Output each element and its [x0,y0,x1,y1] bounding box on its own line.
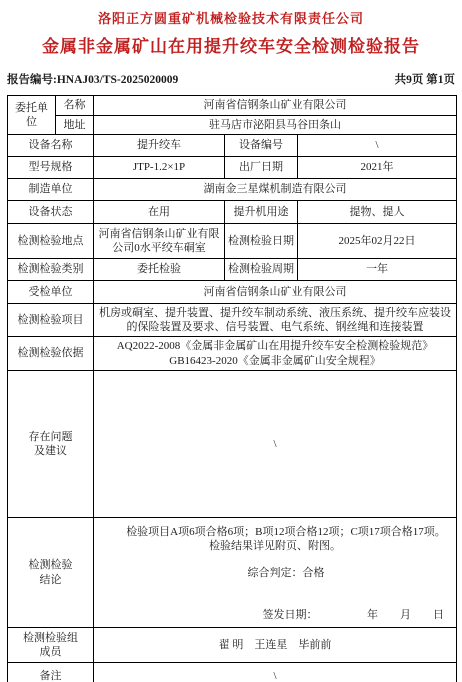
client-name-value: 河南省信钢条山矿业有限公司 [94,96,457,116]
cycle-value: 一年 [298,259,457,281]
inspect-date-label: 检测检验日期 [225,224,298,259]
manufacturer-value: 湖南金三星煤机制造有限公司 [94,179,457,201]
problems-label: 存在问题 及建议 [8,371,94,518]
report-meta-row: 报告编号:HNAJ03/TS-2025020009 共9页 第1页 [7,71,455,87]
manufacturer-label: 制造单位 [8,179,94,201]
client-name-label: 名称 [56,96,94,116]
category-label: 检测检验类别 [8,259,94,281]
model-label: 型号规格 [8,157,94,179]
company-title: 洛阳正方圆重矿机械检验技术有限责任公司 [0,0,462,27]
page-indicator: 共9页 第1页 [395,71,455,87]
hoist-use-label: 提升机用途 [225,201,298,224]
model-value: JTP-1.2×1P [94,157,225,179]
conclusion-verdict: 综合判定：合格 [124,566,448,580]
client-address-value: 驻马店市泌阳县马谷田条山 [94,116,457,135]
device-status-label: 设备状态 [8,201,94,224]
mfg-date-value: 2021年 [298,157,457,179]
inspected-unit-label: 受检单位 [8,281,94,304]
items-label: 检测检验项目 [8,304,94,337]
report-table: 委托单位 名称 河南省信钢条山矿业有限公司 地址 驻马店市泌阳县马谷田条山 设备… [7,95,457,682]
inspect-date-value: 2025年02月22日 [298,224,457,259]
client-unit-label: 委托单位 [8,96,56,135]
location-label: 检测检验地点 [8,224,94,259]
team-label: 检测检验组 成员 [8,628,94,663]
hoist-use-value: 提物、提人 [298,201,457,224]
problems-value: \ [94,371,457,518]
report-title: 金属非金属矿山在用提升绞车安全检测检验报告 [0,32,462,57]
device-no-label: 设备编号 [225,135,298,157]
device-name-label: 设备名称 [8,135,94,157]
conclusion-summary: 检验项目A项6项合格6项；B项12项合格12项；C项17项合格17项。检验结果详… [102,525,448,554]
report-page: 洛阳正方圆重矿机械检验技术有限责任公司 金属非金属矿山在用提升绞车安全检测检验报… [0,0,462,682]
conclusion-cell: 检验项目A项6项合格6项；B项12项合格12项；C项17项合格17项。检验结果详… [94,518,457,628]
basis-value: AQ2022-2008《金属非金属矿山在用提升绞车安全检测检验规范》 GB164… [94,337,457,371]
location-value: 河南省信钢条山矿业有限公司0水平绞车硐室 [94,224,225,259]
mfg-date-label: 出厂日期 [225,157,298,179]
team-value: 翟 明 王连星 毕前前 [94,628,457,663]
cycle-label: 检测检验周期 [225,259,298,281]
remarks-label: 备注 [8,663,94,682]
sign-date-line: 签发日期： 年 月 日 [102,608,448,622]
report-number: 报告编号:HNAJ03/TS-2025020009 [7,71,178,87]
items-value: 机房或硐室、提升装置、提升绞车制动系统、液压系统、提升绞车应装设的保险装置及要求… [94,304,457,337]
remarks-value: \ [94,663,457,682]
conclusion-label: 检测检验 结论 [8,518,94,628]
inspected-unit-value: 河南省信钢条山矿业有限公司 [94,281,457,304]
device-status-value: 在用 [94,201,225,224]
device-name-value: 提升绞车 [94,135,225,157]
category-value: 委托检验 [94,259,225,281]
device-no-value: \ [298,135,457,157]
client-address-label: 地址 [56,116,94,135]
basis-label: 检测检验依据 [8,337,94,371]
